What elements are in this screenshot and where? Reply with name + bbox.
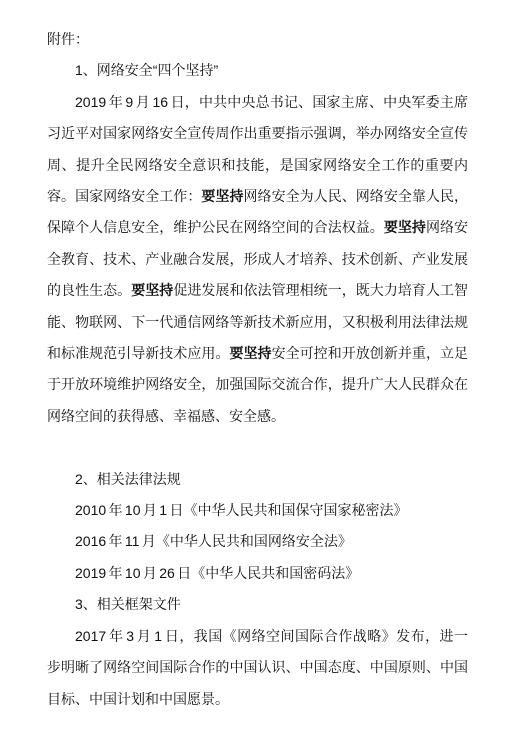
section-1-heading: 1、网络安全“四个坚持” <box>47 55 468 86</box>
section-3-paragraph: 2017 年 3 月 1 日，我国《网络空间国际合作战略》发布，进一步明晰了网络… <box>47 621 468 715</box>
emphasis-run-2: 要坚持 <box>384 219 426 235</box>
law-item-cryptography-law: 2019 年 10 月 26 日《中华人民共和国密码法》 <box>47 558 468 589</box>
attachment-label: 附件： <box>47 24 468 55</box>
law-item-secrecy-law: 2010 年 10 月 1 日《中华人民共和国保守国家秘密法》 <box>47 495 468 526</box>
document-page: 附件： 1、网络安全“四个坚持” 2019 年 9 月 16 日，中共中央总书记… <box>47 24 468 715</box>
section-1-paragraph: 2019 年 9 月 16 日，中共中央总书记、国家主席、中央军委主席习近平对国… <box>47 87 468 432</box>
emphasis-run-1: 要坚持 <box>201 188 243 204</box>
section-2-heading: 2、相关法律法规 <box>47 464 468 495</box>
emphasis-run-3: 要坚持 <box>131 282 173 298</box>
emphasis-run-4: 要坚持 <box>229 345 271 361</box>
law-item-cybersecurity-law: 2016 年 11 月《中华人民共和国网络安全法》 <box>47 526 468 557</box>
section-3-heading: 3、相关框架文件 <box>47 589 468 620</box>
